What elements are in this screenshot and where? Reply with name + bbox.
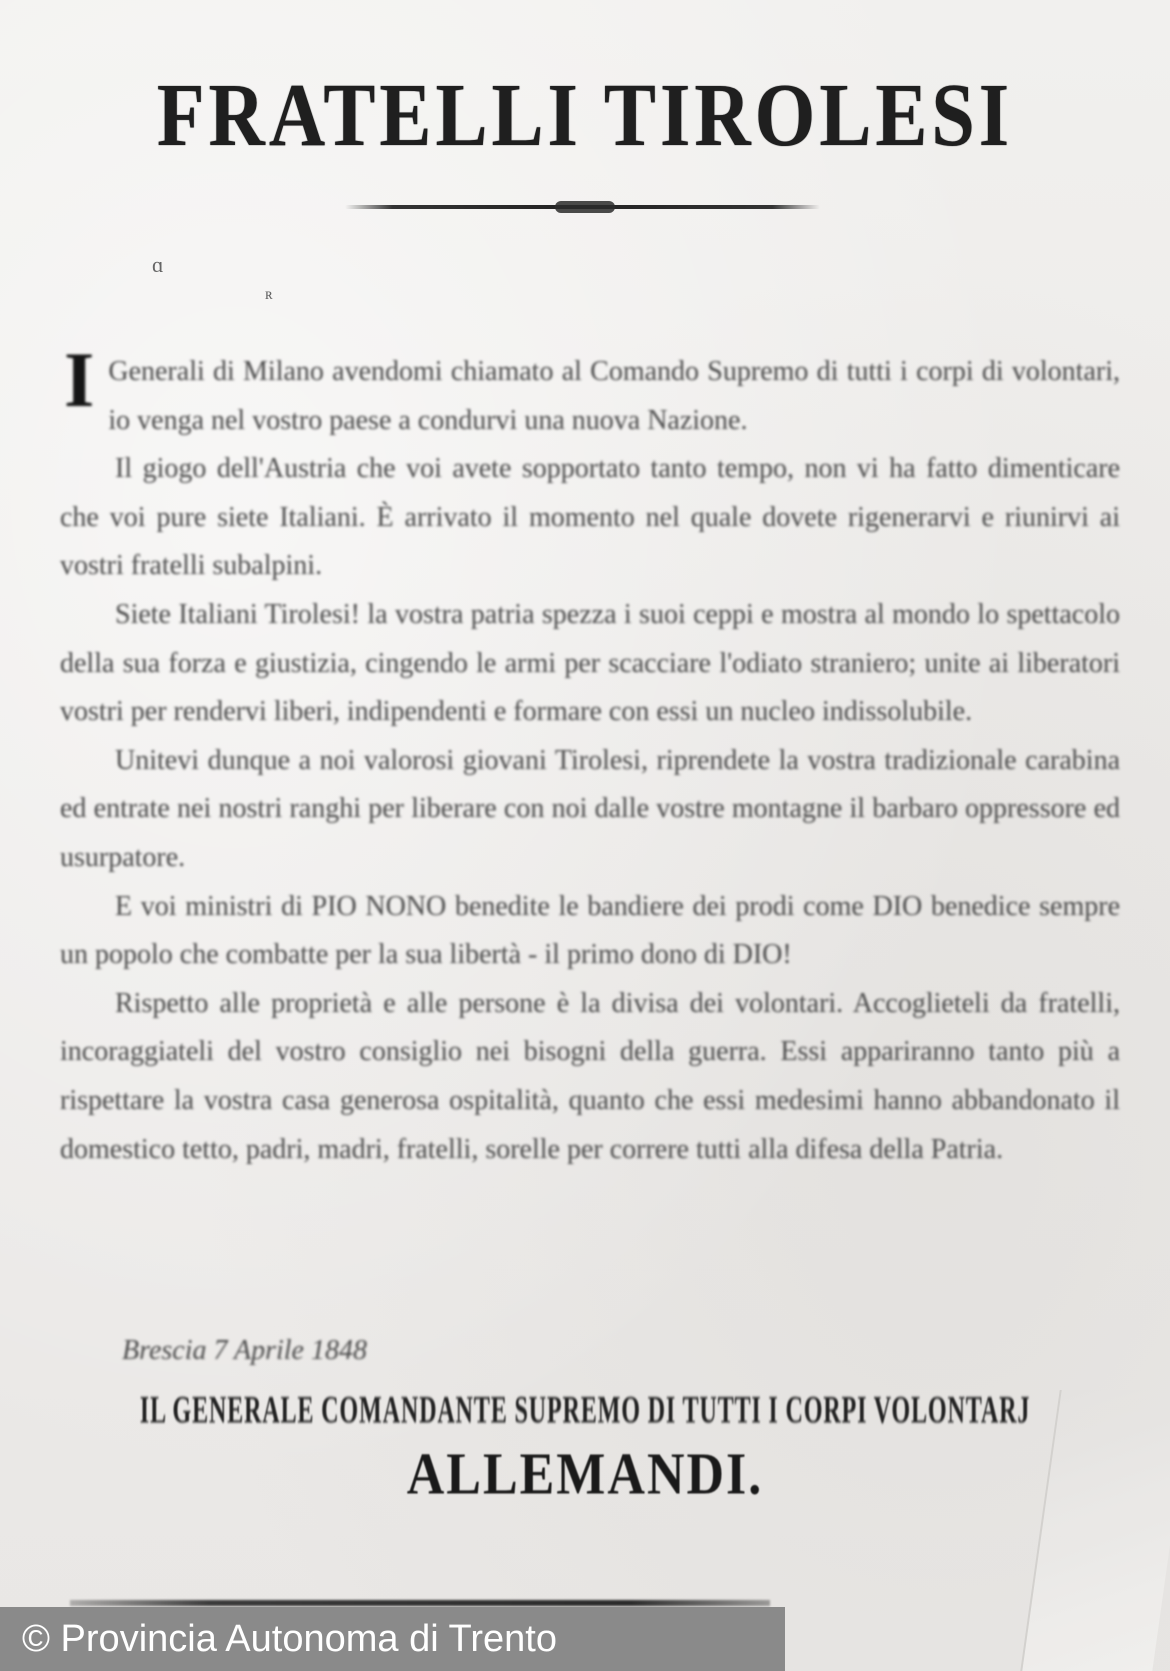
bottom-rule [70,1600,770,1606]
paragraph: Rispetto alle proprietà e alle persone è… [60,980,1120,1174]
drop-cap: I [64,350,94,410]
proclamation-body: IGenerali di Milano avendomi chiamato al… [60,348,1120,1174]
ink-speck: ɑ [152,252,164,278]
signature-role: IL GENERALE COMANDANTE SUPREMO DI TUTTI … [129,1388,1042,1433]
paragraph: E voi ministri di PIO NONO benedite le b… [60,883,1120,980]
title-ornament-divider [345,203,820,211]
paragraph: Siete Italiani Tirolesi! la vostra patri… [60,591,1120,737]
ornament-center [555,201,615,213]
copyright-caption: © Provincia Autonoma di Trento [0,1607,785,1671]
ink-speck: ʀ [265,286,273,304]
paragraph: Unitevi dunque a noi valorosi giovani Ti… [60,737,1120,883]
paragraph: Il giogo dell'Austria che voi avete sopp… [60,445,1120,591]
dateline: Brescia 7 Aprile 1848 [122,1335,367,1367]
poster-title: FRATELLI TIROLESI [0,63,1170,167]
signature-name: ALLEMANDI. [0,1441,1170,1509]
paragraph: IGenerali di Milano avendomi chiamato al… [60,348,1120,445]
